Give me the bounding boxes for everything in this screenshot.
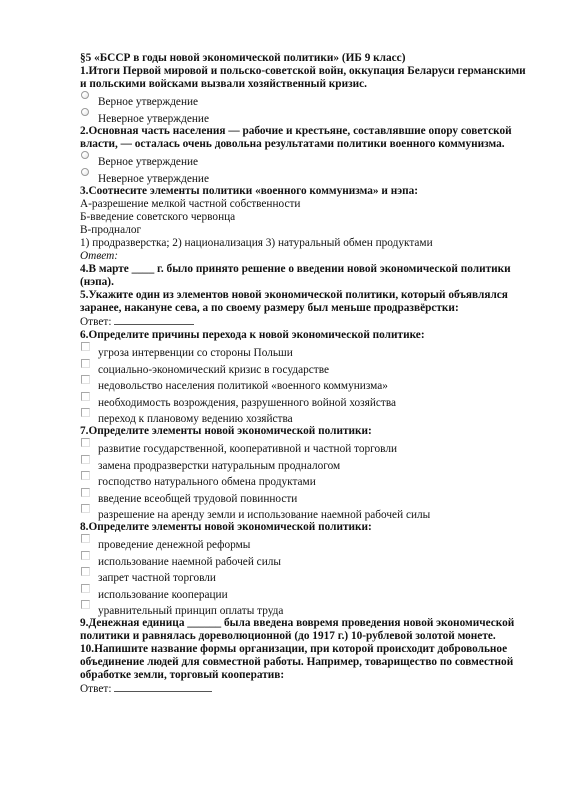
q3-choices: 1) продразверстка; 2) национализация 3) … — [80, 237, 530, 250]
answer-label: Ответ: — [80, 316, 111, 328]
checkbox-icon[interactable] — [81, 408, 90, 417]
question-1: 1.Итоги Первой мировой и польско-советск… — [80, 65, 530, 91]
q3-item-a: А-разрешение мелкой частной собственност… — [80, 198, 530, 211]
checkbox-icon[interactable] — [81, 504, 90, 513]
answer-label: Ответ: — [80, 683, 111, 695]
q8-options: проведение денежной реформы использовани… — [80, 534, 530, 617]
q2-option-false[interactable]: Неверное утверждение — [80, 168, 530, 185]
option-label: Неверное утверждение — [98, 113, 209, 126]
question-10: 10.Напишите название формы организации, … — [80, 643, 530, 682]
checkbox-icon[interactable] — [81, 471, 90, 480]
q7-option[interactable]: разрешение на аренду земли и использован… — [80, 504, 530, 521]
q1-option-true[interactable]: Верное утверждение — [80, 91, 530, 108]
option-label: уравнительный принцип оплаты труда — [98, 605, 283, 618]
q6-option[interactable]: недовольство населения политикой «военно… — [80, 375, 530, 392]
checkbox-icon[interactable] — [81, 438, 90, 447]
question-9: 9.Денежная единица ______ была введена в… — [80, 617, 530, 643]
checkbox-icon[interactable] — [81, 488, 90, 497]
checkbox-icon[interactable] — [81, 551, 90, 560]
radio-icon[interactable] — [81, 91, 89, 99]
q7-option[interactable]: развитие государственной, кооперативной … — [80, 438, 530, 455]
worksheet-title: §5 «БССР в годы новой экономической поли… — [80, 52, 530, 65]
q10-answer-row: Ответ: — [80, 682, 530, 696]
q5-answer-row: Ответ: — [80, 315, 530, 329]
question-7: 7.Определите элементы новой экономическо… — [80, 425, 530, 438]
q8-option[interactable]: уравнительный принцип оплаты труда — [80, 600, 530, 617]
option-label: Неверное утверждение — [98, 173, 209, 186]
option-label: разрешение на аренду земли и использован… — [98, 509, 430, 522]
q6-options: угроза интервенции со стороны Польши соц… — [80, 342, 530, 425]
question-6: 6.Определите причины перехода к новой эк… — [80, 329, 530, 342]
q1-option-false[interactable]: Неверное утверждение — [80, 108, 530, 125]
q6-option[interactable]: переход к плановому ведению хозяйства — [80, 408, 530, 425]
q8-option[interactable]: использование кооперации — [80, 584, 530, 601]
checkbox-icon[interactable] — [81, 455, 90, 464]
q2-option-true[interactable]: Верное утверждение — [80, 151, 530, 168]
q6-option[interactable]: социально-экономический кризис в государ… — [80, 359, 530, 376]
checkbox-icon[interactable] — [81, 392, 90, 401]
checkbox-icon[interactable] — [81, 375, 90, 384]
q8-option[interactable]: проведение денежной реформы — [80, 534, 530, 551]
q7-option[interactable]: замена продразверстки натуральным продна… — [80, 455, 530, 472]
question-8: 8.Определите элементы новой экономическо… — [80, 521, 530, 534]
checkbox-icon[interactable] — [81, 342, 90, 351]
radio-icon[interactable] — [81, 168, 89, 176]
option-label: переход к плановому ведению хозяйства — [98, 413, 293, 426]
q7-options: развитие государственной, кооперативной … — [80, 438, 530, 521]
q7-option[interactable]: введение всеобщей трудовой повинности — [80, 488, 530, 505]
q3-answer-label: Ответ: — [80, 250, 530, 263]
checkbox-icon[interactable] — [81, 567, 90, 576]
answer-blank[interactable] — [114, 315, 194, 325]
q3-item-v: В-продналог — [80, 224, 530, 237]
question-4: 4.В марте ____ г. было принято решение о… — [80, 263, 530, 289]
checkbox-icon[interactable] — [81, 600, 90, 609]
q3-item-b: Б-введение советского червонца — [80, 211, 530, 224]
q6-option[interactable]: угроза интервенции со стороны Польши — [80, 342, 530, 359]
radio-icon[interactable] — [81, 108, 89, 116]
question-3: 3.Соотнесите элементы политики «военного… — [80, 185, 530, 198]
q8-option[interactable]: запрет частной торговли — [80, 567, 530, 584]
checkbox-icon[interactable] — [81, 534, 90, 543]
q7-option[interactable]: господство натурального обмена продуктам… — [80, 471, 530, 488]
question-5: 5.Укажите один из элементов новой эконом… — [80, 289, 530, 315]
answer-blank[interactable] — [114, 682, 212, 692]
radio-icon[interactable] — [81, 151, 89, 159]
q6-option[interactable]: необходимость возрождения, разрушенного … — [80, 392, 530, 409]
question-2: 2.Основная часть населения — рабочие и к… — [80, 125, 530, 151]
checkbox-icon[interactable] — [81, 359, 90, 368]
q8-option[interactable]: использование наемной рабочей силы — [80, 551, 530, 568]
checkbox-icon[interactable] — [81, 584, 90, 593]
worksheet: §5 «БССР в годы новой экономической поли… — [80, 52, 530, 696]
